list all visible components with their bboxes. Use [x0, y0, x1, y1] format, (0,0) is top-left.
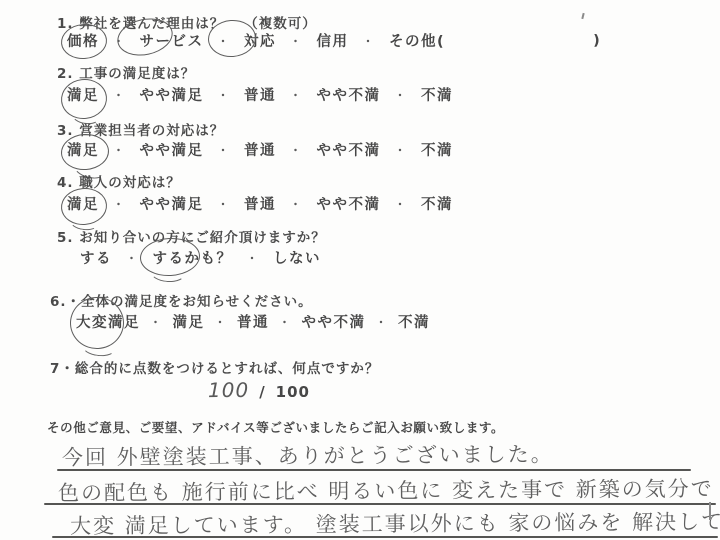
option-separator: ・ [205, 314, 238, 330]
scan-speck [581, 13, 584, 19]
option-q5-shinai: しない [273, 247, 321, 268]
question-2-options: 満足 ・ やや満足 ・ 普通 ・ やや不満 ・ 不満 [67, 84, 453, 105]
question-4-label: 4. 職人の対応は？ [57, 171, 181, 191]
option-separator: ・ [269, 314, 302, 330]
option-q6-manzoku: 満足 [173, 311, 205, 332]
option-separator: ・ [381, 142, 422, 158]
question-6-options: 大変満足 ・ 満足 ・ 普通 ・ やや不満 ・ 不満 [76, 311, 430, 332]
option-separator: ・ [276, 87, 317, 103]
question-7-text: 7・総合的に点数をつけるとすれば、何点ですか？ [50, 357, 379, 377]
option-q3-fuman: 不満 [421, 139, 453, 160]
option-q4-yaya-fuman: やや不満 [317, 193, 381, 214]
score-handwritten: 100 [208, 378, 249, 402]
option-q3-yaya-manzoku: やや満足 [140, 139, 204, 160]
question-4-options: 満足 ・ やや満足 ・ 普通 ・ やや不満 ・ 不満 [67, 193, 453, 214]
option-separator: ・ [381, 196, 422, 212]
question-1-note: （複数可） [244, 12, 317, 32]
question-7-label: 7・総合的に点数をつけるとすれば、何点ですか？ [50, 357, 379, 377]
scan-edge-artifact [709, 502, 711, 520]
comments-header: その他ご意見、ご要望、アドバイス等ございましたらご記入お願い致します。 [47, 418, 504, 436]
option-separator: ・ [276, 142, 317, 158]
question-3-options: 満足 ・ やや満足 ・ 普通 ・ やや不満 ・ 不満 [67, 139, 453, 160]
option-q3-futsuu: 普通 [244, 139, 276, 160]
option-separator: ・ [233, 250, 274, 266]
option-q5-suru: する [80, 247, 112, 268]
comment-rule-3 [52, 536, 718, 538]
option-separator: ・ [204, 196, 245, 212]
option-separator: ・ [276, 196, 317, 212]
option-separator: ・ [349, 33, 390, 49]
option-separator: ・ [204, 142, 245, 158]
option-separator: ・ [204, 87, 245, 103]
option-q6-yaya-fuman: やや不満 [302, 311, 366, 332]
option-separator: ・ [276, 33, 317, 49]
option-q1-other-close: ) [593, 33, 601, 49]
handwritten-comment-line1: 今回 外壁塗装工事、ありがとうございました。 [62, 438, 554, 471]
option-q6-fuman: 不満 [398, 311, 430, 332]
comment-rule-2 [44, 503, 716, 505]
option-q2-yaya-fuman: やや不満 [317, 84, 381, 105]
comment-rule-1 [57, 469, 691, 471]
option-q4-yaya-manzoku: やや満足 [140, 193, 204, 214]
option-q4-futsuu: 普通 [244, 193, 276, 214]
option-q4-fuman: 不満 [421, 193, 453, 214]
option-q6-futsuu: 普通 [237, 311, 269, 332]
option-separator: ・ [381, 87, 422, 103]
option-separator: ・ [140, 314, 173, 330]
option-q1-shinyou: 信用 [317, 30, 349, 51]
option-q2-futsuu: 普通 [244, 84, 276, 105]
option-q2-yaya-manzoku: やや満足 [140, 84, 204, 105]
question-7-score: 100 / 100 [208, 378, 310, 402]
option-q2-fuman: 不満 [421, 84, 453, 105]
option-separator: ・ [366, 314, 399, 330]
question-4-text: 4. 職人の対応は？ [57, 171, 181, 191]
score-total: 100 [276, 383, 310, 401]
option-q3-yaya-fuman: やや不満 [317, 139, 381, 160]
handwritten-comment-line3: 大変 満足しています。 塗装工事以外にも 家の悩みを 解決して [70, 506, 720, 540]
question-5-options: する ・ するかも？ ・ しない [80, 247, 321, 268]
score-divider: / [259, 383, 265, 401]
option-q1-other: その他( [389, 30, 445, 51]
survey-scan-page: 1. 弊社を選んだ理由は？ （複数可） 価格 ・ サービス ・ 対応 ・ 信用 … [0, 0, 720, 540]
